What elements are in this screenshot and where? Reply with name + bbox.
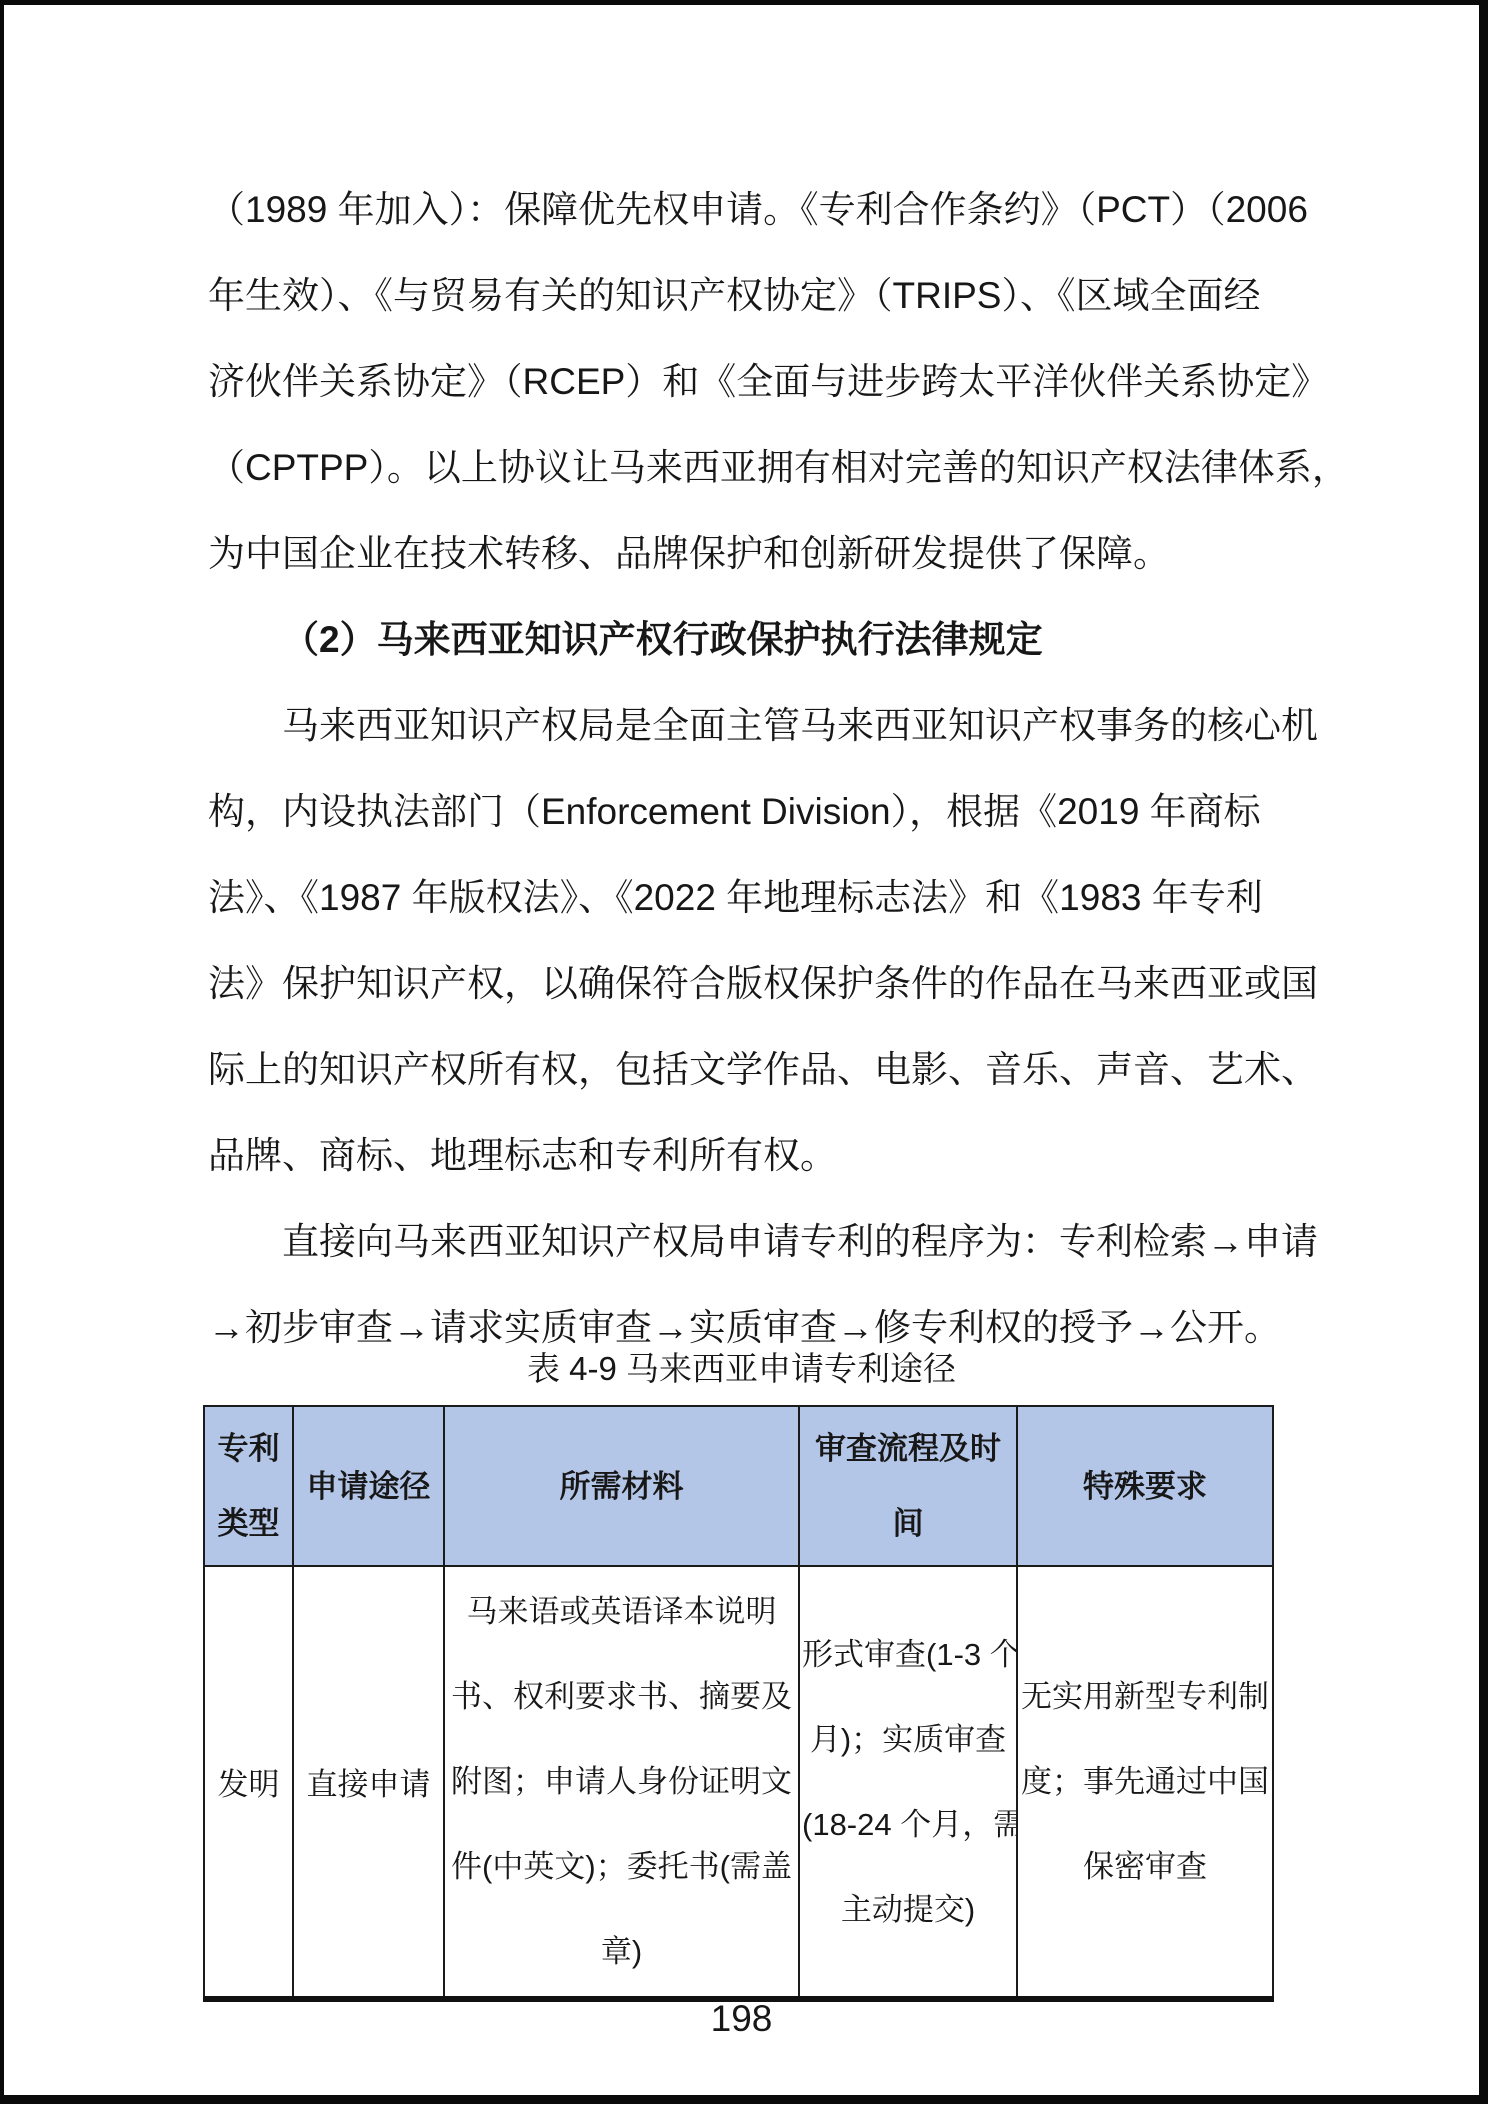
cell-process-line: (18-24 个月，需 [802, 1782, 1014, 1867]
col-header-materials: 所需材料 [444, 1406, 799, 1566]
col-header-patent-type: 专利类型 [204, 1406, 293, 1566]
cell-materials-line: 件(中英文)；委托书(需盖 [447, 1824, 796, 1909]
cell-process-line: 形式审查(1-3 个 [802, 1612, 1014, 1697]
paragraph1-line: （1989 年加入）：保障优先权申请。《专利合作条约》（PCT）（2006 [208, 167, 1364, 253]
cell-application-route: 直接申请 [293, 1566, 444, 1999]
cell-materials-line: 章) [447, 1909, 796, 1994]
cell-materials-line: 附图；申请人身份证明文 [447, 1739, 796, 1824]
paragraph1-line: 年生效）、《与贸易有关的知识产权协定》（TRIPS）、《区域全面经 [208, 253, 1364, 339]
paragraph1-line: （CPTPP）。以上协议让马来西亚拥有相对完善的知识产权法律体系， [208, 425, 1364, 511]
paragraph2-line: 际上的知识产权所有权，包括文学作品、电影、音乐、声音、艺术、 [208, 1027, 1364, 1113]
paragraph1-line: 济伙伴关系协定》（RCEP）和《全面与进步跨太平洋伙伴关系协定》 [208, 339, 1364, 425]
col-header-application-route: 申请途径 [293, 1406, 444, 1566]
patent-routes-table: 专利类型 申请途径 所需材料 审查流程及时间 特殊要求 发明 直接申请 马来语或… [203, 1405, 1274, 2002]
cell-special-line: 无实用新型专利制 [1020, 1654, 1270, 1739]
cell-process-line: 月)；实质审查 [802, 1697, 1014, 1782]
col-header-special-requirements: 特殊要求 [1017, 1406, 1273, 1566]
cell-patent-type: 发明 [204, 1566, 293, 1999]
col-header-process-time: 审查流程及时间 [799, 1406, 1017, 1566]
cell-process-line: 主动提交) [802, 1867, 1014, 1952]
page-number: 198 [4, 1993, 1479, 2045]
cell-process-time: 形式审查(1-3 个 月)；实质审查 (18-24 个月，需 主动提交) [799, 1566, 1017, 1999]
document-page: （1989 年加入）：保障优先权申请。《专利合作条约》（PCT）（2006 年生… [0, 0, 1488, 2104]
paragraph3-line: 直接向马来西亚知识产权局申请专利的程序为：专利检索→申请 [208, 1199, 1364, 1285]
cell-materials-line: 马来语或英语译本说明 [447, 1569, 796, 1654]
cell-special-line: 保密审查 [1020, 1824, 1270, 1909]
paragraph2-line: 品牌、商标、地理标志和专利所有权。 [208, 1113, 1364, 1199]
cell-materials-line: 书、权利要求书、摘要及 [447, 1654, 796, 1739]
body-text-column: （1989 年加入）：保障优先权申请。《专利合作条约》（PCT）（2006 年生… [208, 167, 1364, 1371]
cell-special-requirements: 无实用新型专利制 度；事先通过中国 保密审查 [1017, 1566, 1273, 1999]
paragraph2-line: 法》、《1987 年版权法》、《2022 年地理标志法》和《1983 年专利 [208, 855, 1364, 941]
paragraph2-line: 法》保护知识产权，以确保符合版权保护条件的作品在马来西亚或国 [208, 941, 1364, 1027]
cell-special-line: 度；事先通过中国 [1020, 1739, 1270, 1824]
paragraph1-line: 为中国企业在技术转移、品牌保护和创新研发提供了保障。 [208, 511, 1364, 597]
cell-materials: 马来语或英语译本说明 书、权利要求书、摘要及 附图；申请人身份证明文 件(中英文… [444, 1566, 799, 1999]
paragraph2-line: 马来西亚知识产权局是全面主管马来西亚知识产权事务的核心机 [208, 683, 1364, 769]
section-heading: （2）马来西亚知识产权行政保护执行法律规定 [208, 597, 1364, 683]
table-row: 发明 直接申请 马来语或英语译本说明 书、权利要求书、摘要及 附图；申请人身份证… [204, 1566, 1273, 1999]
table-header-row: 专利类型 申请途径 所需材料 审查流程及时间 特殊要求 [204, 1406, 1273, 1566]
table-caption: 表 4-9 马来西亚申请专利途径 [4, 1347, 1479, 1391]
paragraph2-line: 构，内设执法部门（Enforcement Division），根据《2019 年… [208, 769, 1364, 855]
